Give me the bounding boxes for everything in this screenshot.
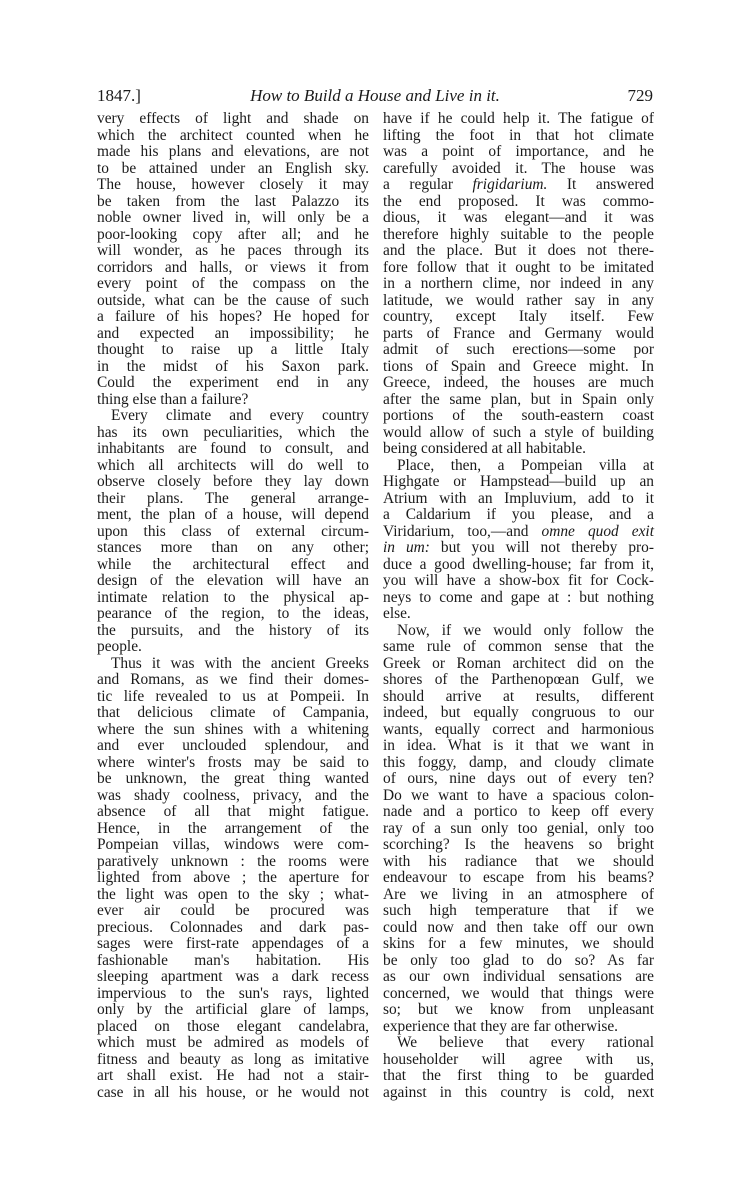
text-line: nade and a portico to keep off every [383,804,654,821]
text-line: thought to raise up a little Italy [97,342,369,359]
text-line: precious. Colonnades and dark pas- [97,920,369,937]
text-line: every point of the compass on the [97,276,369,293]
text-line: inhabitants are found to consult, and [97,441,369,458]
text-line: The house, however closely it may [97,177,369,194]
text-line: people. [97,639,369,656]
text-line: We believe that every rational [383,1035,654,1052]
text-line: Are we living in an atmosphere of [383,887,654,904]
page-number: 729 [628,86,654,106]
text-line: latitude, we would rather say in any [383,293,654,310]
text-line: ray of a sun only too genial, only too [383,821,654,838]
text-line: fitness and beauty as long as imitative [97,1052,369,1069]
text-line: case in all his house, or he would not [97,1085,369,1102]
text-line: a Caldarium if you please, and a [383,507,654,524]
text-line: the light was open to the sky ; what- [97,887,369,904]
text-line: be taken from the last Palazzo its [97,194,369,211]
text-line: such high temperature that if we [383,903,654,920]
text-line: Atrium with an Impluvium, add to it [383,491,654,508]
text-line: admit of such erections—some por [383,342,654,359]
text-line: shores of the Parthenopœan Gulf, we [383,672,654,689]
text-line: being considered at all habitable. [383,441,654,458]
text-line: so; but we know from unpleasant [383,1002,654,1019]
text-line: have if he could help it. The fatigue of [383,111,654,128]
text-line: Highgate or Hampstead—build up an [383,474,654,491]
running-head: 1847.] How to Build a House and Live in … [97,86,653,108]
text-line: should arrive at results, different [383,689,654,706]
text-line: country, except Italy itself. Few [383,309,654,326]
text-line: as our own individual sensations are [383,969,654,986]
text-line: after the same plan, but in Spain only [383,392,654,409]
text-line: very effects of light and shade on [97,111,369,128]
text-line: observe closely before they lay down [97,474,369,491]
text-line: against in this country is cold, next [383,1085,654,1102]
text-line: of ours, nine days out of every ten? [383,771,654,788]
text-line: and expected an impossibility; he [97,326,369,343]
text-line: Could the experiment end in any [97,375,369,392]
text-line: where the sun shines with a whitening [97,722,369,739]
text-line: the pursuits, and the history of its [97,623,369,640]
text-line: fore follow that it ought to be imitated [383,260,654,277]
text-line: thing else than a failure? [97,392,369,409]
text-line: made his plans and elevations, are not [97,144,369,161]
text-line: parts of France and Germany would [383,326,654,343]
text-line: ment, the plan of a house, will depend [97,507,369,524]
text-line: in a northern clime, nor indeed in any [383,276,654,293]
text-line: Greek or Roman architect did on the [383,656,654,673]
text-line: indeed, but equally congruous to our [383,705,654,722]
text-line: tions of Spain and Greece might. In [383,359,654,376]
text-line: that the first thing to be guarded [383,1068,654,1085]
book-page: 1847.] How to Build a House and Live in … [0,0,750,1180]
text-line: and the place. But it does not there- [383,243,654,260]
text-line: which all architects will do well to [97,458,369,475]
text-line: Greece, indeed, the houses are much [383,375,654,392]
text-line: skins for a few minutes, we should [383,936,654,953]
text-line: which must be admired as models of [97,1035,369,1052]
text-line: absence of all that might fatigue. [97,804,369,821]
text-line: householder will agree with us, [383,1052,654,1069]
text-line: where winter's frosts may be said to [97,755,369,772]
italic-phrase: in um: [383,539,430,556]
text-line: endeavour to escape from his beams? [383,870,654,887]
text-line: to be attained under an English sky. [97,161,369,178]
text-line: while the architectural effect and [97,557,369,574]
text-line: you will have a show-box fit for Cock- [383,573,654,590]
text-line: in the midst of his Saxon park. [97,359,369,376]
text-line: Hence, in the arrangement of the [97,821,369,838]
text-line: sages were first-rate appendages of a [97,936,369,953]
text-line: dious, it was elegant—and it was [383,210,654,227]
text-line: Now, if we would only follow the [383,623,654,640]
text-line: sleeping apartment was a dark recess [97,969,369,986]
text-line: in idea. What is it that we want in [383,738,654,755]
text-line: be unknown, the great thing wanted [97,771,369,788]
text-run: It answered [547,176,654,193]
text-line: same rule of common sense that the [383,639,654,656]
text-line: experience that they are far otherwise. [383,1019,654,1036]
text-line: upon this class of external circum- [97,524,369,541]
text-line: Viridarium, too,—and omne quod exit [383,524,654,541]
text-line: corridors and halls, or views it from [97,260,369,277]
text-run: but you will not thereby pro- [430,539,654,556]
text-line: paratively unknown : the rooms were [97,854,369,871]
text-line: duce a good dwelling-house; far from it, [383,557,654,574]
text-line: scorching? Is the heavens so bright [383,837,654,854]
text-line: only by the artificial glare of lamps, [97,1002,369,1019]
text-line: Thus it was with the ancient Greeks [97,656,369,673]
text-line: portions of the south-eastern coast [383,408,654,425]
text-line: has its own peculiarities, which the [97,425,369,442]
text-line: a failure of his hopes? He hoped for [97,309,369,326]
text-line: impervious to the sun's rays, lighted [97,986,369,1003]
text-line: ever air could be procured was [97,903,369,920]
text-line: with his radiance that we should [383,854,654,871]
text-column-right: have if he could help it. The fatigue of… [383,111,654,1101]
text-line: neys to come and gape at : but nothing [383,590,654,607]
text-line: stances more than on any other; [97,540,369,557]
text-line: Place, then, a Pompeian villa at [383,458,654,475]
text-line: was a point of importance, and he [383,144,654,161]
text-line: the end proposed. It was commo- [383,194,654,211]
text-line: in um: but you will not thereby pro- [383,540,654,557]
text-line: intimate relation to the physical ap- [97,590,369,607]
text-line: this foggy, damp, and cloudy climate [383,755,654,772]
text-line: Do we want to have a spacious colon- [383,788,654,805]
text-line: wants, equally correct and harmonious [383,722,654,739]
text-line: poor-looking copy after all; and he [97,227,369,244]
text-line: placed on those elegant candelabra, [97,1019,369,1036]
text-line: their plans. The general arrange- [97,491,369,508]
text-run: a regular [383,176,473,193]
italic-phrase: frigidarium. [473,176,548,193]
text-line: would allow of such a style of building [383,425,654,442]
text-line: will wonder, as he paces through its [97,243,369,260]
text-line: which the architect counted when he [97,128,369,145]
text-line: concerned, we would that things were [383,986,654,1003]
text-line: art shall exist. He had not a stair- [97,1068,369,1085]
text-line: lighted from above ; the aperture for [97,870,369,887]
text-line: could now and then take off our own [383,920,654,937]
text-line: outside, what can be the cause of such [97,293,369,310]
text-run: Viridarium, too,—and [383,523,542,540]
text-line: that delicious climate of Campania, [97,705,369,722]
text-line: else. [383,606,654,623]
text-line: Every climate and every country [97,408,369,425]
text-line: tic life revealed to us at Pompeii. In [97,689,369,706]
text-line: carefully avoided it. The house was [383,161,654,178]
text-line: lifting the foot in that hot climate [383,128,654,145]
text-line: Pompeian villas, windows were com- [97,837,369,854]
text-line: noble owner lived in, will only be a [97,210,369,227]
text-line: a regular frigidarium. It answered [383,177,654,194]
text-column-left: very effects of light and shade onwhich … [97,111,369,1101]
text-line: fashionable man's habitation. His [97,953,369,970]
text-line: therefore highly suitable to the people [383,227,654,244]
text-line: be only too glad to do so? As far [383,953,654,970]
running-head-title: How to Build a House and Live in it. [97,86,653,106]
text-line: design of the elevation will have an [97,573,369,590]
text-line: pearance of the region, to the ideas, [97,606,369,623]
text-line: and ever unclouded splendour, and [97,738,369,755]
text-line: was shady coolness, privacy, and the [97,788,369,805]
italic-phrase: omne quod exit [542,523,654,540]
text-line: and Romans, as we find their domes- [97,672,369,689]
